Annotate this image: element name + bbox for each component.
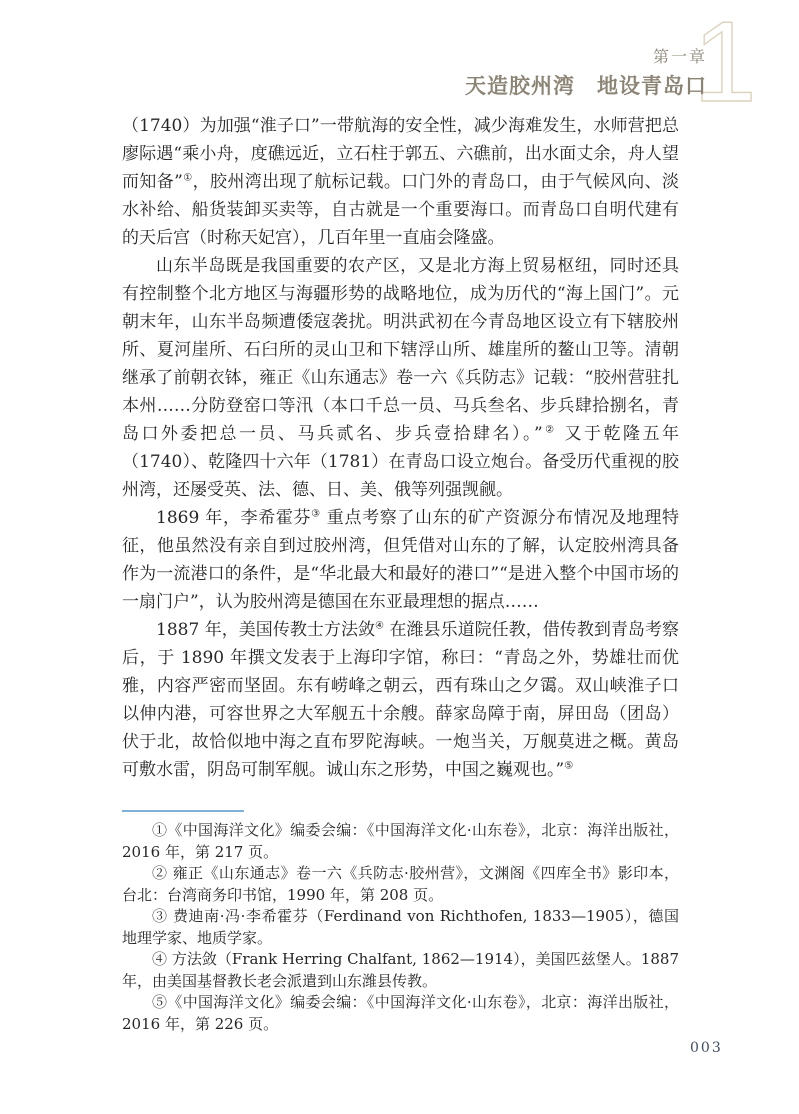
footnote-ref: ④	[375, 620, 384, 631]
text-run: 1887 年，美国传教士方法敛	[156, 620, 375, 640]
footnote-ref: ②	[543, 424, 557, 435]
footnote-item: ⑤《中国海洋文化》编委会编：《中国海洋文化·山东卷》，北京：海洋出版社，2016…	[122, 992, 679, 1035]
footnote-ref: ③	[311, 508, 321, 519]
paragraph: 1869 年，李希霍芬③ 重点考察了山东的矿产资源分布情况及地理特征，他虽然没有…	[122, 504, 679, 616]
footnote-ref: ⑤	[564, 760, 573, 771]
footnote-item: ①《中国海洋文化》编委会编：《中国海洋文化·山东卷》，北京：海洋出版社，2016…	[122, 820, 679, 863]
text-run: ，胶州湾出现了航标记载。口门外的青岛口，由于气候风向、淡水补给、船货装卸买卖等，…	[122, 172, 679, 248]
footnote-item: ④ 方法敛（Frank Herring Chalfant, 1862—1914）…	[122, 949, 679, 992]
body-text: （1740）为加强“淮子口”一带航海的安全性，减少海难发生，水师营把总廖际遇“乘…	[122, 112, 679, 784]
text-run: 山东半岛既是我国重要的农产区，又是北方海上贸易枢纽，同时还具有控制整个北方地区与…	[122, 256, 679, 444]
chapter-title: 天造胶州湾 地设青岛口	[465, 74, 707, 98]
text-run: 1869 年，李希霍芬	[156, 508, 311, 528]
paragraph: 山东半岛既是我国重要的农产区，又是北方海上贸易枢纽，同时还具有控制整个北方地区与…	[122, 252, 679, 504]
footnote-item: ② 雍正《山东通志》卷一六《兵防志·胶州营》，文渊阁《四库全书》影印本，台北：台…	[122, 863, 679, 906]
text-run: 在潍县乐道院任教，借传教到青岛考察后，于 1890 年撰文发表于上海印字馆，称曰…	[122, 620, 679, 780]
footnote-ref: ①	[183, 172, 193, 183]
footnote-item: ③ 费迪南·冯·李希霍芬（Ferdinand von Richthofen, 1…	[122, 906, 679, 949]
footnotes: ①《中国海洋文化》编委会编：《中国海洋文化·山东卷》，北京：海洋出版社，2016…	[122, 820, 679, 1035]
paragraph: （1740）为加强“淮子口”一带航海的安全性，减少海难发生，水师营把总廖际遇“乘…	[122, 112, 679, 252]
chapter-label: 第一章	[465, 48, 707, 66]
paragraph: 1887 年，美国传教士方法敛④ 在潍县乐道院任教，借传教到青岛考察后，于 18…	[122, 616, 679, 784]
chapter-block: 第一章 天造胶州湾 地设青岛口	[465, 48, 707, 98]
page-number: 003	[690, 1040, 723, 1056]
footnote-separator-rule	[122, 810, 244, 812]
book-page: 1 第一章 天造胶州湾 地设青岛口 （1740）为加强“淮子口”一带航海的安全性…	[0, 0, 799, 1114]
